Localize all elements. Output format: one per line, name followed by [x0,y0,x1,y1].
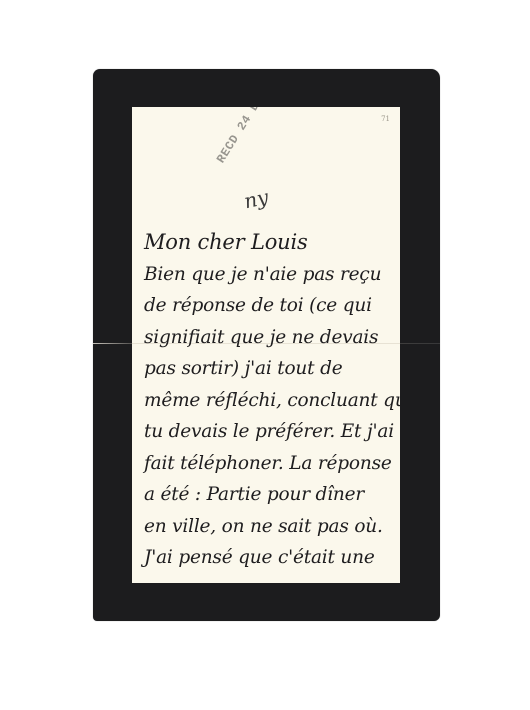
letter-line: a été : Partie pour dîner [144,479,396,511]
card-fold-crease [93,343,133,344]
letter-line: tu devais le préférer. Et j'ai [144,416,396,448]
letter-line: fait téléphoner. La réponse [144,448,396,480]
letter-line: J'ai pensé que c'était une [144,542,396,574]
letter-line: signifiait que je ne devais [144,322,396,354]
letter-line: pas sortir) j'ai tout de [144,353,396,385]
letter-line: en ville, on ne sait pas où. [144,511,396,543]
handwritten-initials: ny [242,185,271,214]
letter-line: même réfléchi, concluant que [144,385,396,417]
letter-text: Mon cher Louis Bien que je n'aie pas reç… [144,227,396,574]
letter-paper: 71 RECD 24 DEC 1904 ny Mon cher Louis Bi… [132,107,400,583]
letter-line: de réponse de toi (ce qui [144,290,396,322]
salutation: Mon cher Louis [144,227,396,259]
folio-number: 71 [381,115,390,123]
received-date-stamp: RECD 24 DEC 1904 [214,107,291,166]
letter-line: Bien que je n'aie pas reçu [144,259,396,291]
page: 71 RECD 24 DEC 1904 ny Mon cher Louis Bi… [0,0,530,710]
card-fold-crease-right [400,343,440,344]
